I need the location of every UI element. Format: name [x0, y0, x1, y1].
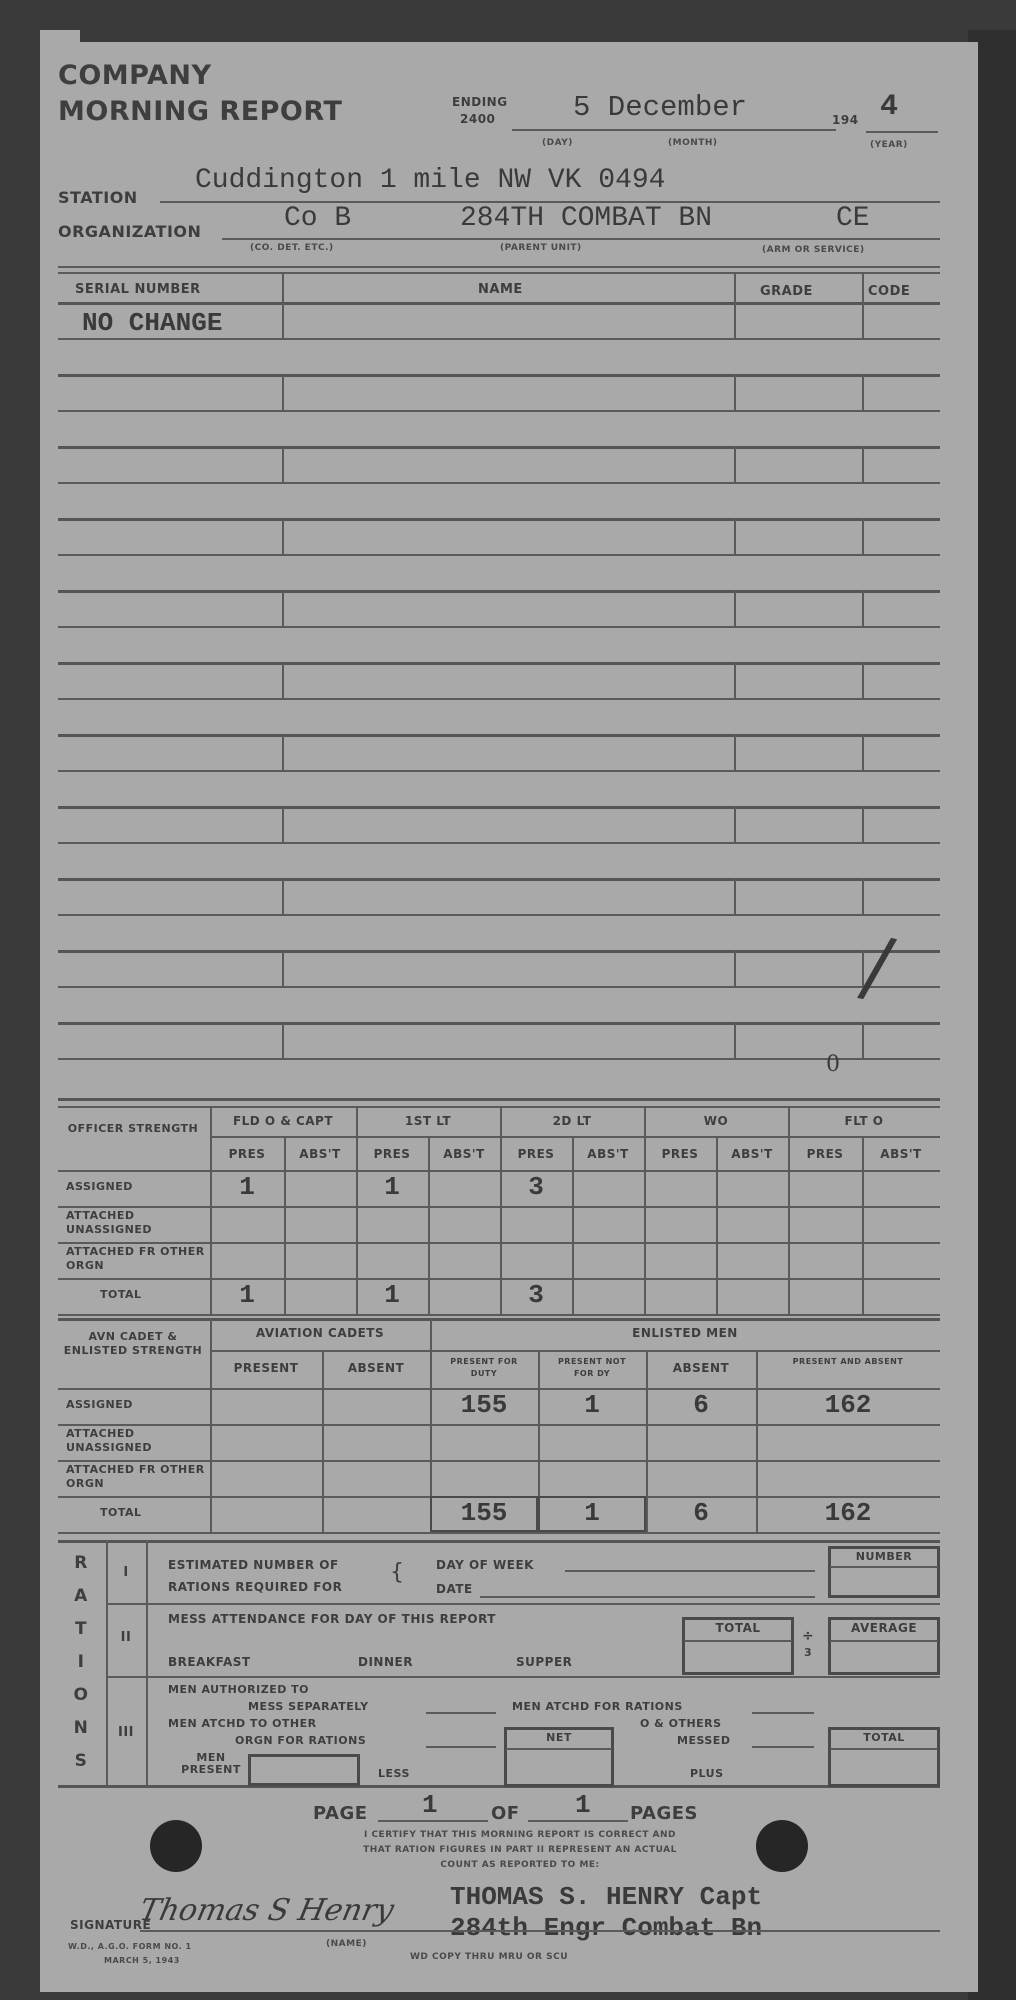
- enlisted-row-label: ATTACHED UNASSIGNED: [66, 1427, 206, 1455]
- orgn-for-rations-label: ORGN FOR RATIONS: [235, 1734, 366, 1747]
- officer-subcol-pres: PRES: [210, 1147, 284, 1161]
- officer-group-header: 1ST LT: [356, 1114, 500, 1128]
- rations-side-letter: O: [66, 1685, 96, 1705]
- officer-count-cell[interactable]: [572, 1208, 644, 1240]
- officer-count-cell[interactable]: [644, 1244, 716, 1276]
- enlisted-count-cell[interactable]: [430, 1462, 538, 1494]
- officer-count-cell[interactable]: [788, 1208, 862, 1240]
- breakfast-label: BREAKFAST: [168, 1655, 251, 1669]
- roster-cell[interactable]: [60, 881, 280, 912]
- officer-count-cell[interactable]: [862, 1244, 940, 1276]
- roster-cell[interactable]: [284, 809, 732, 840]
- station-value[interactable]: Cuddington 1 mile NW VK 0494: [195, 165, 665, 196]
- rations-bottom-rule: [58, 1785, 940, 1788]
- roster-cell[interactable]: [736, 593, 860, 624]
- officer-count-cell[interactable]: [500, 1244, 572, 1276]
- roster-rule: [58, 410, 940, 412]
- roster-cell[interactable]: [60, 521, 280, 552]
- mess-separately-underline[interactable]: [426, 1712, 496, 1714]
- officer-row-label: ASSIGNED: [66, 1180, 206, 1194]
- officer-count-cell[interactable]: [428, 1208, 500, 1240]
- roster-cell[interactable]: [60, 305, 280, 336]
- year-underline: [866, 131, 938, 133]
- rations-divider: [146, 1540, 148, 1785]
- enlisted-count-cell[interactable]: 6: [646, 1498, 756, 1530]
- rations-side-letter: R: [66, 1553, 96, 1573]
- company-caption: (CO. DET. ETC.): [250, 243, 334, 253]
- officer-row-label: ATTACHED UNASSIGNED: [66, 1209, 206, 1237]
- form-date: MARCH 5, 1943: [104, 1956, 180, 1965]
- year-prefix: 194: [832, 113, 859, 127]
- ending-time: 2400: [460, 112, 495, 126]
- officer-count-cell[interactable]: [862, 1208, 940, 1240]
- net-label: NET: [504, 1731, 614, 1744]
- officer-group-header: 2D LT: [500, 1114, 644, 1128]
- officer-subcol-pres: PRES: [500, 1147, 572, 1161]
- enlisted-count-cell[interactable]: [210, 1498, 322, 1530]
- enlisted-count-cell[interactable]: [210, 1462, 322, 1494]
- roster-bottom-rule: [58, 1098, 940, 1101]
- col-header-grade: GRADE: [760, 284, 813, 299]
- officer-count-cell[interactable]: [788, 1280, 862, 1312]
- roster-cell[interactable]: [736, 809, 860, 840]
- divisor: 3: [804, 1646, 812, 1659]
- total-pages[interactable]: 1: [575, 1790, 591, 1820]
- enlisted-count-cell[interactable]: [322, 1462, 430, 1494]
- roster-cell[interactable]: [864, 1025, 938, 1056]
- roster-cell[interactable]: [864, 593, 938, 624]
- officer-count-cell[interactable]: [572, 1244, 644, 1276]
- page-label: PAGE: [313, 1803, 368, 1824]
- rations-part-rule: [106, 1676, 940, 1678]
- col-header-serial: SERIAL NUMBER: [75, 282, 201, 297]
- officer-count-cell[interactable]: [284, 1172, 356, 1204]
- roster-cell[interactable]: [60, 665, 280, 696]
- part-iii-numeral: III: [106, 1725, 146, 1740]
- date-label: DATE: [436, 1582, 473, 1596]
- organization-arm[interactable]: CE: [836, 203, 870, 234]
- copy-note: WD COPY THRU MRU OR SCU: [410, 1952, 568, 1962]
- men-authorized-label: MEN AUTHORIZED TO: [168, 1683, 309, 1696]
- roster-rule: [58, 770, 940, 772]
- enlisted-count-cell[interactable]: [756, 1462, 940, 1494]
- organization-underline: [222, 238, 940, 240]
- col-header-name: NAME: [478, 282, 523, 297]
- enlisted-count-cell[interactable]: 6: [646, 1390, 756, 1422]
- handwritten-signature[interactable]: Thomas S Henry: [136, 1893, 397, 1928]
- enlisted-count-cell[interactable]: 162: [756, 1390, 940, 1422]
- officer-count-cell[interactable]: [284, 1244, 356, 1276]
- officer-count-cell[interactable]: [644, 1172, 716, 1204]
- margin-zero-mark: 0: [826, 1052, 840, 1077]
- part-i-numeral: I: [106, 1565, 146, 1580]
- month-caption: (MONTH): [668, 138, 718, 148]
- enlisted-count-cell[interactable]: [322, 1498, 430, 1530]
- officer-count-cell[interactable]: [644, 1280, 716, 1312]
- ration-total-label: TOTAL: [828, 1731, 940, 1744]
- rations-top-rule: [58, 1540, 940, 1543]
- roster-col-divider: [734, 272, 736, 302]
- table-rule: [58, 1532, 940, 1534]
- roster-top-rule-2: [58, 272, 940, 274]
- signer-name[interactable]: THOMAS S. HENRY Capt: [450, 1882, 762, 1912]
- enlisted-count-cell[interactable]: [646, 1462, 756, 1494]
- number-label: NUMBER: [828, 1550, 940, 1563]
- officer-count-cell[interactable]: [788, 1244, 862, 1276]
- rations-side-letter: S: [66, 1751, 96, 1771]
- roster-cell[interactable]: [284, 881, 732, 912]
- signature-underline: [140, 1930, 450, 1932]
- enlisted-count-cell[interactable]: [322, 1426, 430, 1458]
- officer-count-cell[interactable]: [862, 1172, 940, 1204]
- roster-cell[interactable]: [864, 881, 938, 912]
- officer-count-cell[interactable]: [644, 1208, 716, 1240]
- officer-count-cell[interactable]: [572, 1172, 644, 1204]
- number-box-rule: [830, 1566, 938, 1568]
- officer-count-cell[interactable]: 1: [356, 1280, 428, 1312]
- page-number[interactable]: 1: [422, 1790, 438, 1820]
- officer-count-cell[interactable]: [716, 1280, 788, 1312]
- roster-rule: [58, 842, 940, 844]
- officer-subcol-abst: ABS'T: [284, 1147, 356, 1161]
- enlisted-col-header: PRESENT NOT FOR DY: [538, 1356, 646, 1380]
- enlisted-count-cell[interactable]: [210, 1390, 322, 1422]
- total-present-for-duty-box: [430, 1496, 538, 1532]
- divide-symbol: ÷: [802, 1628, 814, 1644]
- officer-row-label: ATTACHED FR OTHER ORGN: [66, 1245, 206, 1273]
- roster-cell[interactable]: [864, 737, 938, 768]
- roster-rule: [58, 554, 940, 556]
- day-caption: (DAY): [542, 138, 573, 148]
- of-label: OF: [491, 1803, 520, 1824]
- officer-count-cell[interactable]: [788, 1172, 862, 1204]
- date-underline: [512, 129, 836, 131]
- roster-rule: [58, 914, 940, 916]
- officer-count-cell[interactable]: [356, 1208, 428, 1240]
- binder-hole-left: [150, 1820, 202, 1872]
- men-atchd-other-label: MEN ATCHD TO OTHER: [168, 1717, 317, 1730]
- roster-cell[interactable]: [284, 377, 732, 408]
- aviation-cadets-header: AVIATION CADETS: [210, 1326, 430, 1340]
- roster-cell[interactable]: [284, 953, 732, 984]
- officer-subcol-pres: PRES: [788, 1147, 862, 1161]
- men-present-box[interactable]: [248, 1754, 360, 1786]
- roster-cell[interactable]: [736, 881, 860, 912]
- roster-rule: [58, 626, 940, 628]
- roster-cell[interactable]: [864, 449, 938, 480]
- signer-unit-strikeline: [450, 1930, 940, 1932]
- officer-count-cell[interactable]: [428, 1280, 500, 1312]
- ration-total-rule: [830, 1748, 938, 1750]
- officer-count-cell[interactable]: 3: [500, 1172, 572, 1204]
- ending-label: ENDING: [452, 95, 508, 109]
- officer-subcol-abst: ABS'T: [716, 1147, 788, 1161]
- men-present-label: MEN PRESENT: [176, 1752, 246, 1776]
- col-header-code: CODE: [868, 284, 910, 299]
- officer-count-cell[interactable]: [428, 1244, 500, 1276]
- pages-underline: [528, 1820, 628, 1822]
- rations-side-letter: I: [66, 1652, 96, 1672]
- roster-cell[interactable]: [736, 1025, 860, 1056]
- roster-cell[interactable]: [284, 593, 732, 624]
- men-atchd-rations-label: MEN ATCHD FOR RATIONS: [512, 1700, 683, 1713]
- certify-line-1: I CERTIFY THAT THIS MORNING REPORT IS CO…: [280, 1830, 760, 1840]
- roster-cell[interactable]: [736, 449, 860, 480]
- roster-cell[interactable]: [736, 953, 860, 984]
- signer-unit[interactable]: 284th Engr Combat Bn: [450, 1913, 762, 1943]
- certify-line-2: THAT RATION FIGURES IN PART II REPRESENT…: [280, 1845, 760, 1855]
- officer-count-cell[interactable]: [210, 1244, 284, 1276]
- officer-group-header: WO: [644, 1114, 788, 1128]
- roster-cell[interactable]: [60, 737, 280, 768]
- roster-rule: [58, 482, 940, 484]
- enlisted-count-cell[interactable]: [538, 1462, 646, 1494]
- name-caption: (NAME): [326, 1939, 367, 1949]
- year-caption: (YEAR): [870, 140, 908, 150]
- officer-strength-title: OFFICER STRENGTH: [58, 1122, 208, 1136]
- rations-side-letter: N: [66, 1718, 96, 1738]
- officer-group-header: FLT O: [788, 1114, 940, 1128]
- part1-line1: ESTIMATED NUMBER OF: [168, 1558, 339, 1572]
- station-label: STATION: [58, 188, 138, 207]
- officer-count-cell[interactable]: [716, 1208, 788, 1240]
- plus-label: PLUS: [690, 1767, 724, 1780]
- organization-label: ORGANIZATION: [58, 222, 201, 241]
- roster-cell[interactable]: [736, 305, 860, 336]
- enlisted-col-header: PRESENT: [210, 1362, 322, 1374]
- part1-line2: RATIONS REQUIRED FOR: [168, 1580, 342, 1594]
- enlisted-count-cell[interactable]: [538, 1426, 646, 1458]
- page-underline: [378, 1820, 488, 1822]
- table-rule: [58, 1318, 940, 1321]
- report-date[interactable]: 5 December: [573, 91, 747, 124]
- roster-cell[interactable]: [60, 377, 280, 408]
- table-rule: [58, 1106, 940, 1108]
- binder-hole-right: [756, 1820, 808, 1872]
- officer-count-cell[interactable]: [428, 1172, 500, 1204]
- officer-count-cell[interactable]: [862, 1280, 940, 1312]
- enlisted-count-cell[interactable]: [322, 1390, 430, 1422]
- officer-subcol-abst: ABS'T: [862, 1147, 940, 1161]
- roster-rule: [58, 1058, 940, 1060]
- certify-line-3: COUNT AS REPORTED TO ME:: [280, 1860, 760, 1870]
- form-title-line2: MORNING REPORT: [58, 98, 342, 126]
- officer-count-cell[interactable]: [356, 1244, 428, 1276]
- roster-rule: [58, 338, 940, 340]
- table-rule: [210, 1136, 940, 1138]
- form-title-line1: COMPANY: [58, 62, 212, 90]
- rations-side-letter: T: [66, 1619, 96, 1639]
- officer-count-cell[interactable]: 1: [210, 1280, 284, 1312]
- report-year[interactable]: 4: [880, 90, 898, 124]
- mess-attendance-title: MESS ATTENDANCE FOR DAY OF THIS REPORT: [168, 1612, 496, 1626]
- enlisted-col-header: PRESENT AND ABSENT: [756, 1356, 940, 1368]
- roster-top-rule: [58, 266, 940, 268]
- roster-cell[interactable]: [736, 665, 860, 696]
- mess-total-label: TOTAL: [682, 1621, 794, 1635]
- mess-separately-label: MESS SEPARATELY: [248, 1700, 369, 1713]
- officer-count-cell[interactable]: [716, 1172, 788, 1204]
- roster-rule: [58, 986, 940, 988]
- paper-edge: [40, 30, 80, 50]
- officer-subcol-abst: ABS'T: [428, 1147, 500, 1161]
- enlisted-count-cell[interactable]: [646, 1426, 756, 1458]
- table-rule: [210, 1350, 940, 1352]
- officer-count-cell[interactable]: 1: [356, 1172, 428, 1204]
- enlisted-col-header: PRESENT FOR DUTY: [430, 1356, 538, 1380]
- officer-subcol-pres: PRES: [644, 1147, 716, 1161]
- parent-unit-caption: (PARENT UNIT): [500, 243, 582, 253]
- enlisted-count-cell[interactable]: [210, 1426, 322, 1458]
- officer-subcol-abst: ABS'T: [572, 1147, 644, 1161]
- roster-col-divider: [862, 272, 864, 302]
- roster-cell[interactable]: [736, 737, 860, 768]
- officer-subcol-pres: PRES: [356, 1147, 428, 1161]
- roster-rule: [58, 698, 940, 700]
- roster-col-divider: [282, 272, 284, 302]
- officer-count-cell[interactable]: 3: [500, 1280, 572, 1312]
- roster-cell[interactable]: [864, 521, 938, 552]
- day-of-week-underline: [565, 1570, 815, 1572]
- mess-total-rule: [684, 1640, 792, 1642]
- date-underline: [480, 1596, 815, 1598]
- enlisted-count-cell[interactable]: [430, 1426, 538, 1458]
- roster-cell[interactable]: [60, 449, 280, 480]
- average-label: AVERAGE: [828, 1621, 940, 1635]
- officer-group-header: FLD O & CAPT: [210, 1114, 356, 1128]
- pages-label: PAGES: [630, 1803, 698, 1824]
- brace: {: [390, 1560, 405, 1585]
- officer-count-cell[interactable]: [284, 1208, 356, 1240]
- enlisted-col-header: ABSENT: [646, 1362, 756, 1374]
- roster-cell[interactable]: [60, 953, 280, 984]
- table-rule: [58, 1314, 940, 1316]
- part-ii-numeral: II: [106, 1630, 146, 1645]
- roster-cell[interactable]: [864, 809, 938, 840]
- officer-count-cell[interactable]: [284, 1280, 356, 1312]
- arm-caption: (ARM OR SERVICE): [762, 245, 865, 255]
- supper-label: SUPPER: [516, 1655, 572, 1669]
- dinner-label: DINNER: [358, 1655, 413, 1669]
- enlisted-count-cell[interactable]: 155: [430, 1390, 538, 1422]
- enlisted-count-cell[interactable]: [756, 1426, 940, 1458]
- messed-label: MESSED: [677, 1734, 730, 1747]
- roster-cell[interactable]: [60, 593, 280, 624]
- roster-cell[interactable]: [60, 1025, 280, 1056]
- roster-cell[interactable]: [284, 521, 732, 552]
- average-rule: [830, 1640, 938, 1642]
- enlisted-count-cell[interactable]: 1: [538, 1390, 646, 1422]
- officer-count-cell[interactable]: 1: [210, 1172, 284, 1204]
- officer-count-cell[interactable]: [716, 1244, 788, 1276]
- enlisted-row-label: ATTACHED FR OTHER ORGN: [66, 1463, 206, 1491]
- roster-cell[interactable]: [284, 449, 732, 480]
- net-rule: [506, 1748, 612, 1750]
- rations-side-letter: A: [66, 1586, 96, 1606]
- officer-count-cell[interactable]: [210, 1208, 284, 1240]
- roster-cell[interactable]: [284, 1025, 732, 1056]
- enlisted-count-cell[interactable]: 162: [756, 1498, 940, 1530]
- enlisted-col-header: ABSENT: [322, 1362, 430, 1374]
- roster-cell[interactable]: [284, 305, 732, 336]
- men-atchd-rations-underline[interactable]: [752, 1712, 814, 1714]
- organization-parent-unit[interactable]: 284TH COMBAT BN: [460, 203, 712, 234]
- roster-cell[interactable]: [60, 809, 280, 840]
- day-of-week-label: DAY OF WEEK: [436, 1558, 534, 1572]
- enlisted-men-header: ENLISTED MEN: [430, 1326, 940, 1340]
- messed-underline[interactable]: [752, 1746, 814, 1748]
- roster-cell[interactable]: [736, 377, 860, 408]
- roster-cell[interactable]: [284, 665, 732, 696]
- o-others-label: O & OTHERS: [640, 1717, 722, 1730]
- roster-cell[interactable]: [864, 665, 938, 696]
- roster-cell[interactable]: [284, 737, 732, 768]
- orgn-for-rations-underline[interactable]: [426, 1746, 496, 1748]
- enlisted-strength-title: AVN CADET & ENLISTED STRENGTH: [58, 1330, 208, 1358]
- roster-cell[interactable]: [864, 305, 938, 336]
- enlisted-row-label: ASSIGNED: [66, 1398, 206, 1412]
- officer-count-cell[interactable]: [572, 1280, 644, 1312]
- organization-company[interactable]: Co B: [284, 203, 351, 234]
- rations-part-rule: [106, 1603, 940, 1605]
- officer-count-cell[interactable]: [500, 1208, 572, 1240]
- form-number: W.D., A.G.O. FORM NO. 1: [68, 1942, 192, 1951]
- roster-cell[interactable]: [736, 521, 860, 552]
- total-present-not-for-duty-box: [538, 1496, 646, 1532]
- roster-cell[interactable]: [864, 377, 938, 408]
- less-label: LESS: [378, 1767, 410, 1780]
